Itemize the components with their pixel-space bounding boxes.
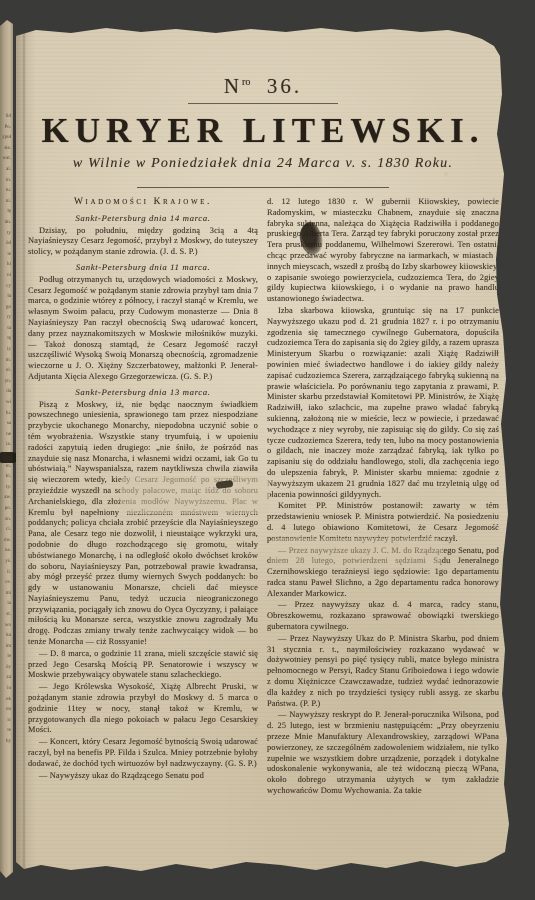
publication-dateline: w Wilnie w Poniedziałek dnia 24 Marca v.… [28, 156, 498, 172]
article-paragraph: — Koncert, który Cesarz Jegomość bytnośc… [28, 737, 258, 769]
adjacent-page-text-fragments: lid Po. ypuł sła. wat. al. in. tu. ni. ł… [0, 112, 11, 832]
right-column: d. 12 lutego 1830 r. W gubernii Kiiowski… [267, 197, 499, 798]
article-paragraph: Dzisiay, po południu, między godziną 3ci… [28, 226, 258, 258]
adjacent-page-edge: lid Po. ypuł sła. wat. al. in. tu. ni. ł… [0, 20, 13, 878]
newspaper-title: KURYER LITEWSKI. [28, 111, 498, 151]
article-dateline: Sankt-Petersburg dnia 11 marca. [28, 262, 258, 273]
article-paragraph: Piszą z Moskwy, iż, nie będąc naocznym ś… [28, 400, 258, 648]
issue-value: 36. [267, 74, 302, 98]
faded-smudge [120, 476, 270, 514]
article-paragraph: — D. 8 marca, o godzinie 11 zrana, mieli… [28, 649, 258, 681]
fold-crease [23, 24, 25, 876]
issue-superscript: ro [242, 77, 250, 88]
article-paragraph: — Naywyższy reskrypt do P. Jenerał-poruc… [267, 710, 499, 796]
section-heading: Wiadomości Krajowe. [28, 197, 258, 208]
masthead-rule-bottom [137, 187, 389, 188]
newspaper-page: Nro 36. KURYER LITEWSKI. w Wilnie w Poni… [16, 24, 510, 876]
issue-number: Nro 36. [28, 74, 498, 99]
article-paragraph: — Przez naywyższy ukaz d. 4 marca, radcy… [267, 600, 499, 632]
masthead-rule-top [188, 103, 338, 104]
article-dateline: Sankt-Petersburg dnia 14 marca. [28, 213, 258, 224]
article-paragraph: Izba skarbowa kiiowska, gruntuiąc się na… [267, 306, 499, 500]
newspaper-scan: lid Po. ypuł sła. wat. al. in. tu. ni. ł… [0, 0, 535, 900]
masthead: Nro 36. KURYER LITEWSKI. w Wilnie w Poni… [28, 74, 498, 188]
article-paragraph: — Naywyższy ukaz do Rządzącego Senatu po… [28, 771, 258, 782]
article-dateline: Sankt-Petersburg dnia 13 marca. [28, 387, 258, 398]
issue-prefix: N [224, 74, 242, 98]
spine-ink-mark [0, 452, 18, 463]
article-paragraph: — Przez Naywyższy Ukaz do P. Ministra Sk… [267, 634, 499, 710]
article-paragraph: Podług otrzymanych tu, urzędowych wiadom… [28, 275, 258, 383]
article-paragraph: — Jego Królewska Wysokość, Xiążę Albrech… [28, 682, 258, 736]
faded-smudge [270, 538, 442, 568]
article-paragraph: d. 12 lutego 1830 r. W gubernii Kiiowski… [267, 197, 499, 305]
